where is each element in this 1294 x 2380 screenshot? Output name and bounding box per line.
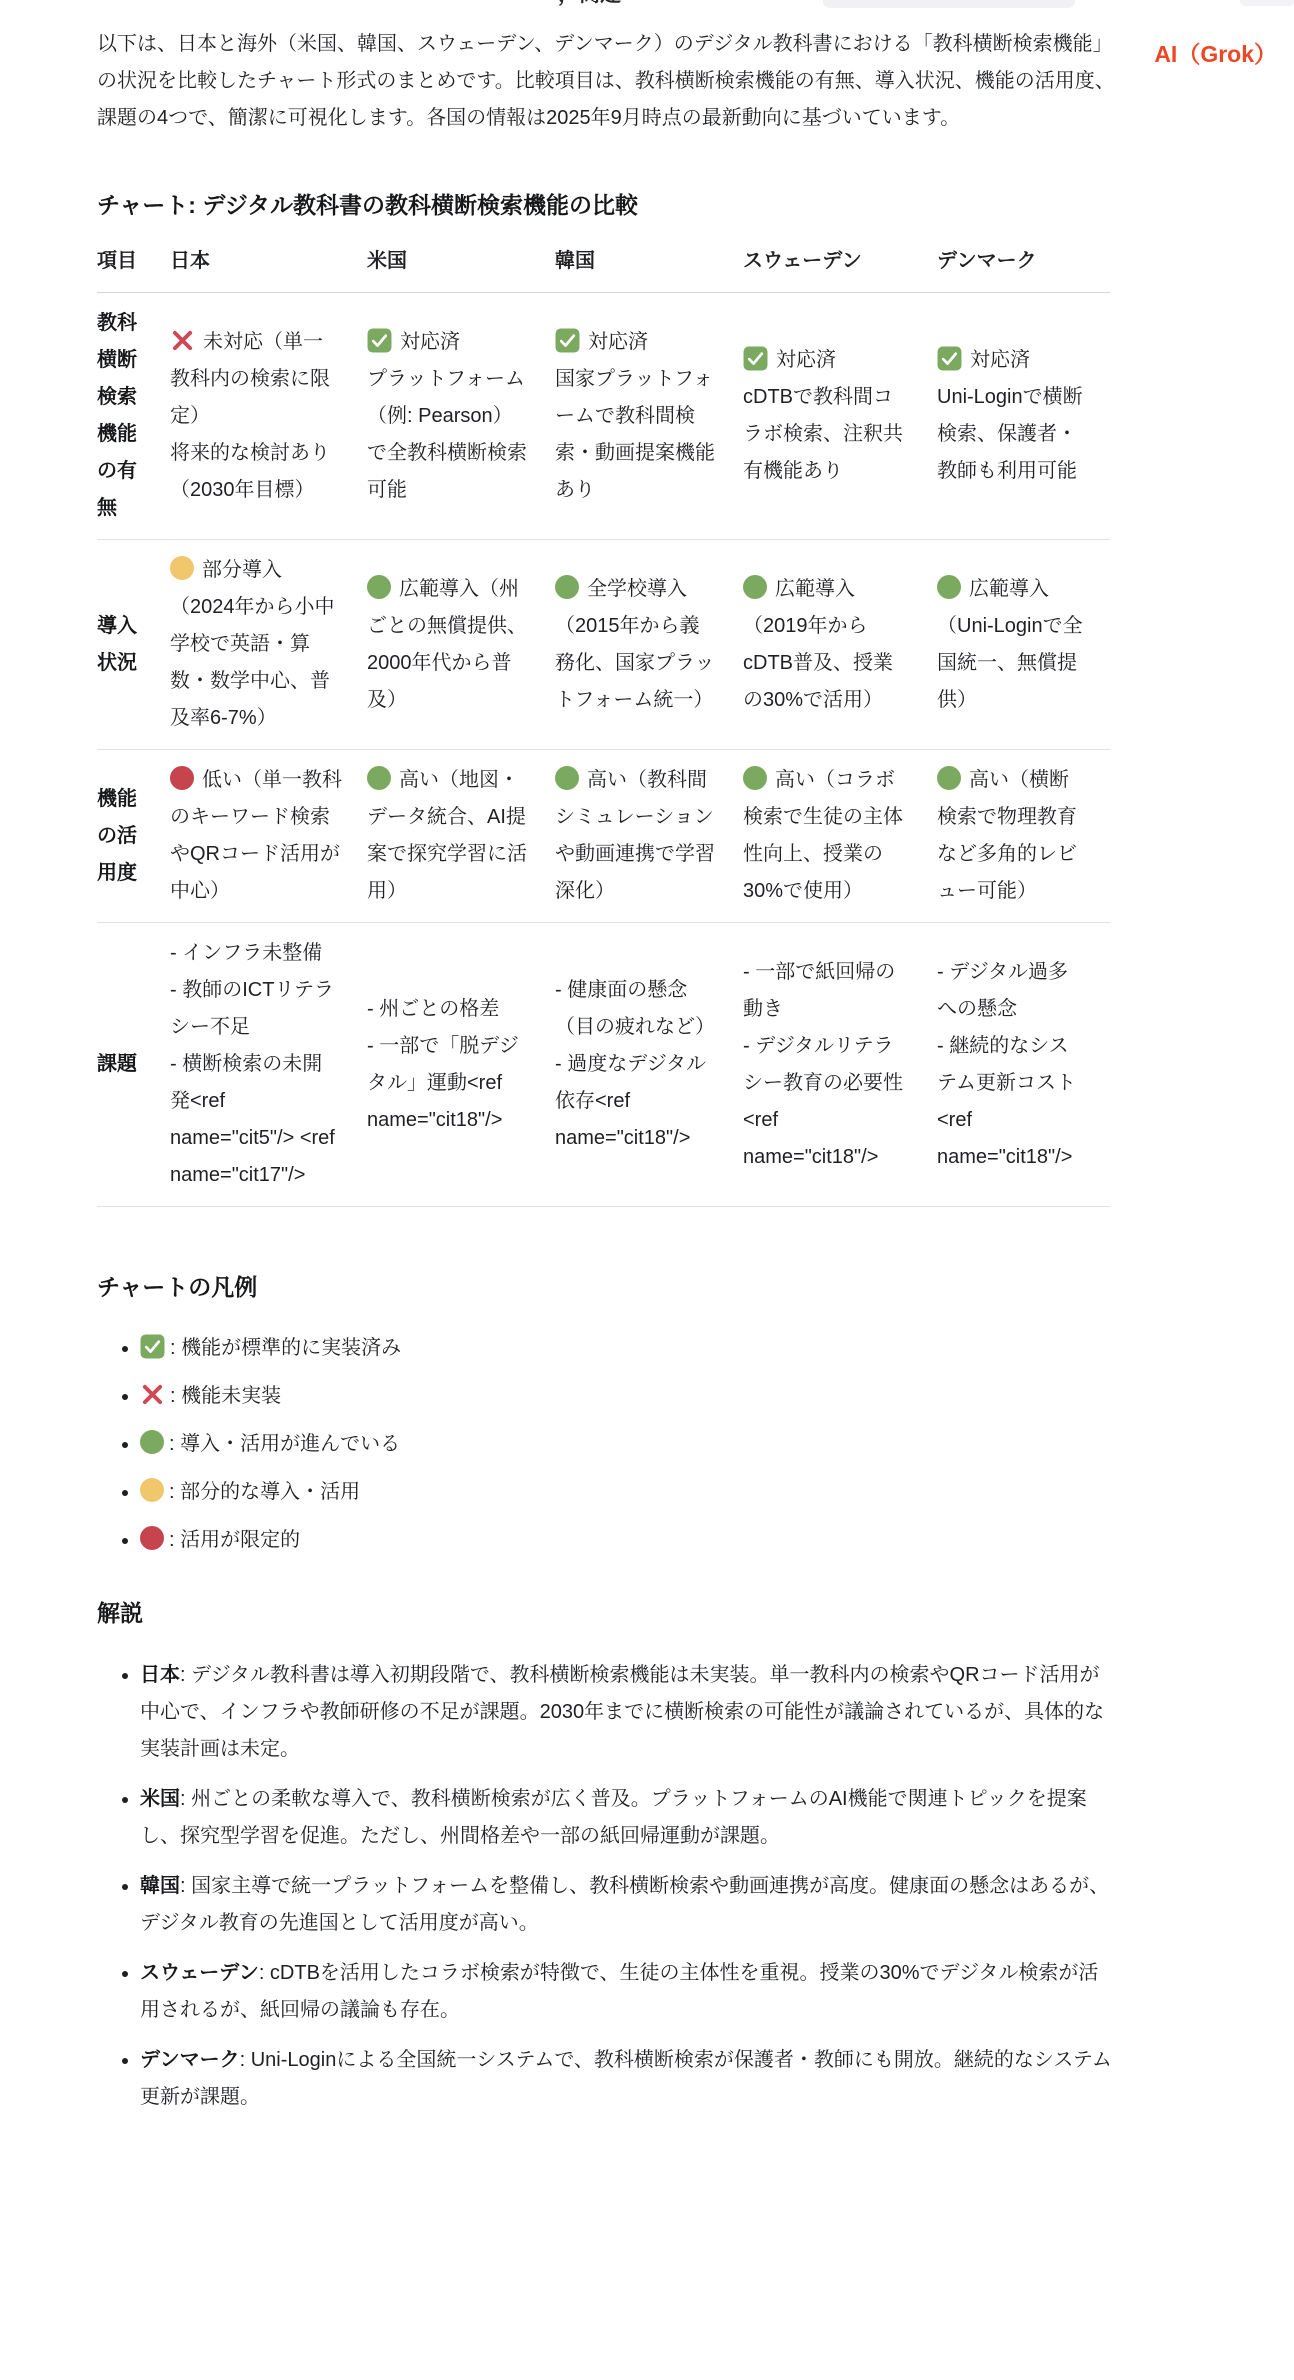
country-label: 米国 bbox=[140, 1788, 180, 1810]
cell-text: 部分導入（2024年から小中学校で英語・算数・数学中心、普及率6-7%） bbox=[170, 559, 335, 729]
cell-text: 広範導入（州ごとの無償提供、2000年代から普及） bbox=[367, 578, 527, 711]
row-label-availability: 教科横断検索機能の有無 bbox=[97, 293, 170, 540]
cell-japan-availability: 未対応（単一教科内の検索に限定） 将来的な検討あり（2030年目標） bbox=[170, 293, 367, 540]
cell-text: 全学校導入（2015年から義務化、国家プラットフォーム統一） bbox=[555, 578, 715, 711]
challenge-item: - 健康面の懸念（目の疲れなど） bbox=[555, 972, 718, 1046]
challenge-item: - 過度なデジタル依存<ref name="cit18"/> bbox=[555, 1046, 718, 1157]
cell-text: 高い（コラボ検索で生徒の主体性向上、授業の30%で使用） bbox=[743, 769, 903, 902]
chart-section-heading: チャート: デジタル教科書の教科横断検索機能の比較 bbox=[97, 189, 1113, 221]
green-circle-icon bbox=[367, 575, 391, 599]
commentary-list: 日本: デジタル教科書は導入初期段階で、教科横断検索機能は未実装。単一教科内の検… bbox=[97, 1657, 1113, 2116]
cell-korea-adoption: 全学校導入（2015年から義務化、国家プラットフォーム統一） bbox=[555, 540, 743, 750]
legend-text: : 機能が標準的に実装済み bbox=[170, 1337, 401, 1359]
cell-text: 低い（単一教科のキーワード検索やQRコード活用が中心） bbox=[170, 769, 342, 902]
cell-text: 高い（教科間シミュレーションや動画連携で学習深化） bbox=[555, 769, 715, 902]
country-label: 韓国 bbox=[140, 1875, 180, 1897]
table-row-adoption: 導入状況 部分導入（2024年から小中学校で英語・算数・数学中心、普及率6-7%… bbox=[97, 540, 1110, 750]
cell-sweden-availability: 対応済 cDTBで教科間コラボ検索、注釈共有機能あり bbox=[743, 293, 937, 540]
column-header-denmark: デンマーク bbox=[937, 243, 1110, 293]
check-icon bbox=[937, 346, 962, 371]
commentary-item-sweden: スウェーデン: cDTBを活用したコラボ検索が特徴で、生徒の主体性を重視。授業の… bbox=[140, 1955, 1116, 2029]
green-circle-icon bbox=[367, 766, 391, 790]
column-header-usa: 米国 bbox=[367, 243, 555, 293]
green-circle-icon bbox=[743, 766, 767, 790]
challenge-item: - デジタルリテラシー教育の必要性 <ref name="cit18"/> bbox=[743, 1028, 912, 1176]
cell-text: 広範導入（Uni-Loginで全国統一、無償提供） bbox=[937, 578, 1083, 711]
commentary-text: : Uni-Loginによる全国統一システムで、教科横断検索が保護者・教師にも開… bbox=[140, 2049, 1112, 2108]
country-label: デンマーク bbox=[140, 2049, 240, 2071]
cell-sweden-challenges: - 一部で紙回帰の動き - デジタルリテラシー教育の必要性 <ref name=… bbox=[743, 923, 937, 1207]
row-label-utilization: 機能の活用度 bbox=[97, 750, 170, 923]
commentary-item-usa: 米国: 州ごとの柔軟な導入で、教科横断検索が広く普及。プラットフォームのAI機能… bbox=[140, 1781, 1116, 1855]
yellow-circle-icon bbox=[170, 556, 194, 580]
green-circle-icon bbox=[743, 575, 767, 599]
cell-text: プラットフォーム（例: Pearson）で全教科横断検索可能 bbox=[367, 361, 530, 509]
green-circle-icon bbox=[555, 766, 579, 790]
cropped-element-remnant bbox=[1240, 0, 1294, 6]
cell-denmark-availability: 対応済 Uni-Loginで横断検索、保護者・教師も利用可能 bbox=[937, 293, 1110, 540]
cell-usa-challenges: - 州ごとの格差 - 一部で「脱デジタル」運動<ref name="cit18"… bbox=[367, 923, 555, 1207]
legend-item: : 導入・活用が進んでいる bbox=[140, 1427, 1113, 1461]
cell-text: 高い（横断検索で物理教育など多角的レビュー可能） bbox=[937, 769, 1077, 902]
row-label-adoption: 導入状況 bbox=[97, 540, 170, 750]
cell-text: 対応済 bbox=[970, 349, 1030, 371]
check-icon bbox=[140, 1334, 165, 1359]
challenge-item: - インフラ未整備 bbox=[170, 935, 342, 972]
cell-text: 国家プラットフォームで教科間検索・動画提案機能あり bbox=[555, 361, 718, 509]
cell-text: 対応済 bbox=[400, 331, 460, 353]
legend-item: : 機能未実装 bbox=[140, 1379, 1113, 1413]
challenge-item: - 一部で紙回帰の動き bbox=[743, 954, 912, 1028]
intro-paragraph: 以下は、日本と海外（米国、韓国、スウェーデン、デンマーク）のデジタル教科書におけ… bbox=[97, 26, 1120, 137]
cell-sweden-adoption: 広範導入（2019年からcDTB普及、授業の30%で活用） bbox=[743, 540, 937, 750]
commentary-text: : デジタル教科書は導入初期段階で、教科横断検索機能は未実装。単一教科内の検索や… bbox=[140, 1664, 1104, 1760]
challenge-item: - 一部で「脱デジタル」運動<ref name="cit18"/> bbox=[367, 1028, 530, 1139]
commentary-section-heading: 解説 bbox=[97, 1597, 1113, 1629]
column-header-sweden: スウェーデン bbox=[743, 243, 937, 293]
cell-denmark-utilization: 高い（横断検索で物理教育など多角的レビュー可能） bbox=[937, 750, 1110, 923]
cell-text: Uni-Loginで横断検索、保護者・教師も利用可能 bbox=[937, 379, 1085, 490]
row-label-challenges: 課題 bbox=[97, 923, 170, 1207]
legend-section-heading: チャートの凡例 bbox=[97, 1271, 1113, 1303]
check-icon bbox=[367, 328, 392, 353]
commentary-item-japan: 日本: デジタル教科書は導入初期段階で、教科横断検索機能は未実装。単一教科内の検… bbox=[140, 1657, 1116, 1768]
cell-korea-availability: 対応済 国家プラットフォームで教科間検索・動画提案機能あり bbox=[555, 293, 743, 540]
column-header-item: 項目 bbox=[97, 243, 170, 293]
yellow-circle-icon bbox=[140, 1478, 164, 1502]
challenge-item: - 継続的なシステム更新コスト<ref name="cit18"/> bbox=[937, 1028, 1085, 1176]
country-label: 日本 bbox=[140, 1664, 180, 1686]
green-circle-icon bbox=[555, 575, 579, 599]
legend-text: : 機能未実装 bbox=[170, 1385, 281, 1407]
comparison-table: 項目 日本 米国 韓国 スウェーデン デンマーク 教科横断検索機能の有無 未対応… bbox=[97, 243, 1110, 1207]
green-circle-icon bbox=[937, 766, 961, 790]
challenge-item: - 教師のICTリテラシー不足 bbox=[170, 972, 342, 1046]
cell-korea-challenges: - 健康面の懸念（目の疲れなど） - 過度なデジタル依存<ref name="c… bbox=[555, 923, 743, 1207]
green-circle-icon bbox=[140, 1430, 164, 1454]
country-label: スウェーデン bbox=[140, 1962, 259, 1984]
cross-icon bbox=[170, 328, 195, 353]
check-icon bbox=[743, 346, 768, 371]
table-row-utilization: 機能の活用度 低い（単一教科のキーワード検索やQRコード活用が中心） 高い（地図… bbox=[97, 750, 1110, 923]
legend-item: : 部分的な導入・活用 bbox=[140, 1475, 1113, 1509]
ai-grok-annotation: AI（Grok） bbox=[1154, 40, 1277, 68]
challenge-item: - 横断検索の未開発<ref name="cit5"/> <ref name="… bbox=[170, 1046, 342, 1194]
legend-text: : 部分的な導入・活用 bbox=[169, 1481, 360, 1503]
cell-korea-utilization: 高い（教科間シミュレーションや動画連携で学習深化） bbox=[555, 750, 743, 923]
green-circle-icon bbox=[937, 575, 961, 599]
cell-text: 対応済 bbox=[776, 349, 836, 371]
challenge-item: - 州ごとの格差 bbox=[367, 991, 530, 1028]
legend-text: : 活用が限定的 bbox=[169, 1529, 300, 1551]
commentary-text: : 国家主導で統一プラットフォームを整備し、教科横断検索や動画連携が高度。健康面… bbox=[140, 1875, 1109, 1934]
column-header-japan: 日本 bbox=[170, 243, 367, 293]
check-icon bbox=[555, 328, 580, 353]
cell-text: 高い（地図・データ統合、AI提案で探究学習に活用） bbox=[367, 769, 527, 902]
red-circle-icon bbox=[140, 1526, 164, 1550]
commentary-text: : cDTBを活用したコラボ検索が特徴で、生徒の主体性を重視。授業の30%でデジ… bbox=[140, 1962, 1098, 2021]
challenge-item: - デジタル過多への懸念 bbox=[937, 954, 1085, 1028]
cell-japan-adoption: 部分導入（2024年から小中学校で英語・算数・数学中心、普及率6-7%） bbox=[170, 540, 367, 750]
cell-denmark-adoption: 広範導入（Uni-Loginで全国統一、無償提供） bbox=[937, 540, 1110, 750]
legend-item: : 活用が限定的 bbox=[140, 1523, 1113, 1557]
cell-usa-utilization: 高い（地図・データ統合、AI提案で探究学習に活用） bbox=[367, 750, 555, 923]
cell-text: 対応済 bbox=[588, 331, 648, 353]
legend-item: : 機能が標準的に実装済み bbox=[140, 1331, 1113, 1365]
legend-list: : 機能が標準的に実装済み : 機能未実装 : 導入・活用が進んでいる : 部分… bbox=[97, 1331, 1113, 1557]
cell-usa-availability: 対応済 プラットフォーム（例: Pearson）で全教科横断検索可能 bbox=[367, 293, 555, 540]
document-body: 以下は、日本と海外（米国、韓国、スウェーデン、デンマーク）のデジタル教科書におけ… bbox=[97, 0, 1113, 2129]
table-header-row: 項目 日本 米国 韓国 スウェーデン デンマーク bbox=[97, 243, 1110, 293]
cell-text: cDTBで教科間コラボ検索、注釈共有機能あり bbox=[743, 379, 912, 490]
red-circle-icon bbox=[170, 766, 194, 790]
cross-icon bbox=[140, 1382, 165, 1407]
cell-japan-utilization: 低い（単一教科のキーワード検索やQRコード活用が中心） bbox=[170, 750, 367, 923]
column-header-korea: 韓国 bbox=[555, 243, 743, 293]
cell-sweden-utilization: 高い（コラボ検索で生徒の主体性向上、授業の30%で使用） bbox=[743, 750, 937, 923]
legend-text: : 導入・活用が進んでいる bbox=[169, 1433, 400, 1455]
commentary-item-denmark: デンマーク: Uni-Loginによる全国統一システムで、教科横断検索が保護者・… bbox=[140, 2042, 1116, 2116]
cell-usa-adoption: 広範導入（州ごとの無償提供、2000年代から普及） bbox=[367, 540, 555, 750]
cell-japan-challenges: - インフラ未整備 - 教師のICTリテラシー不足 - 横断検索の未開発<ref… bbox=[170, 923, 367, 1207]
table-row-challenges: 課題 - インフラ未整備 - 教師のICTリテラシー不足 - 横断検索の未開発<… bbox=[97, 923, 1110, 1207]
cell-text: 広範導入（2019年からcDTB普及、授業の30%で活用） bbox=[743, 578, 893, 711]
cell-denmark-challenges: - デジタル過多への懸念 - 継続的なシステム更新コスト<ref name="c… bbox=[937, 923, 1110, 1207]
table-row-availability: 教科横断検索機能の有無 未対応（単一教科内の検索に限定） 将来的な検討あり（20… bbox=[97, 293, 1110, 540]
cell-text: 将来的な検討あり（2030年目標） bbox=[170, 435, 342, 509]
commentary-text: : 州ごとの柔軟な導入で、教科横断検索が広く普及。プラットフォームのAI機能で関… bbox=[140, 1788, 1087, 1847]
commentary-item-korea: 韓国: 国家主導で統一プラットフォームを整備し、教科横断検索や動画連携が高度。健… bbox=[140, 1868, 1116, 1942]
